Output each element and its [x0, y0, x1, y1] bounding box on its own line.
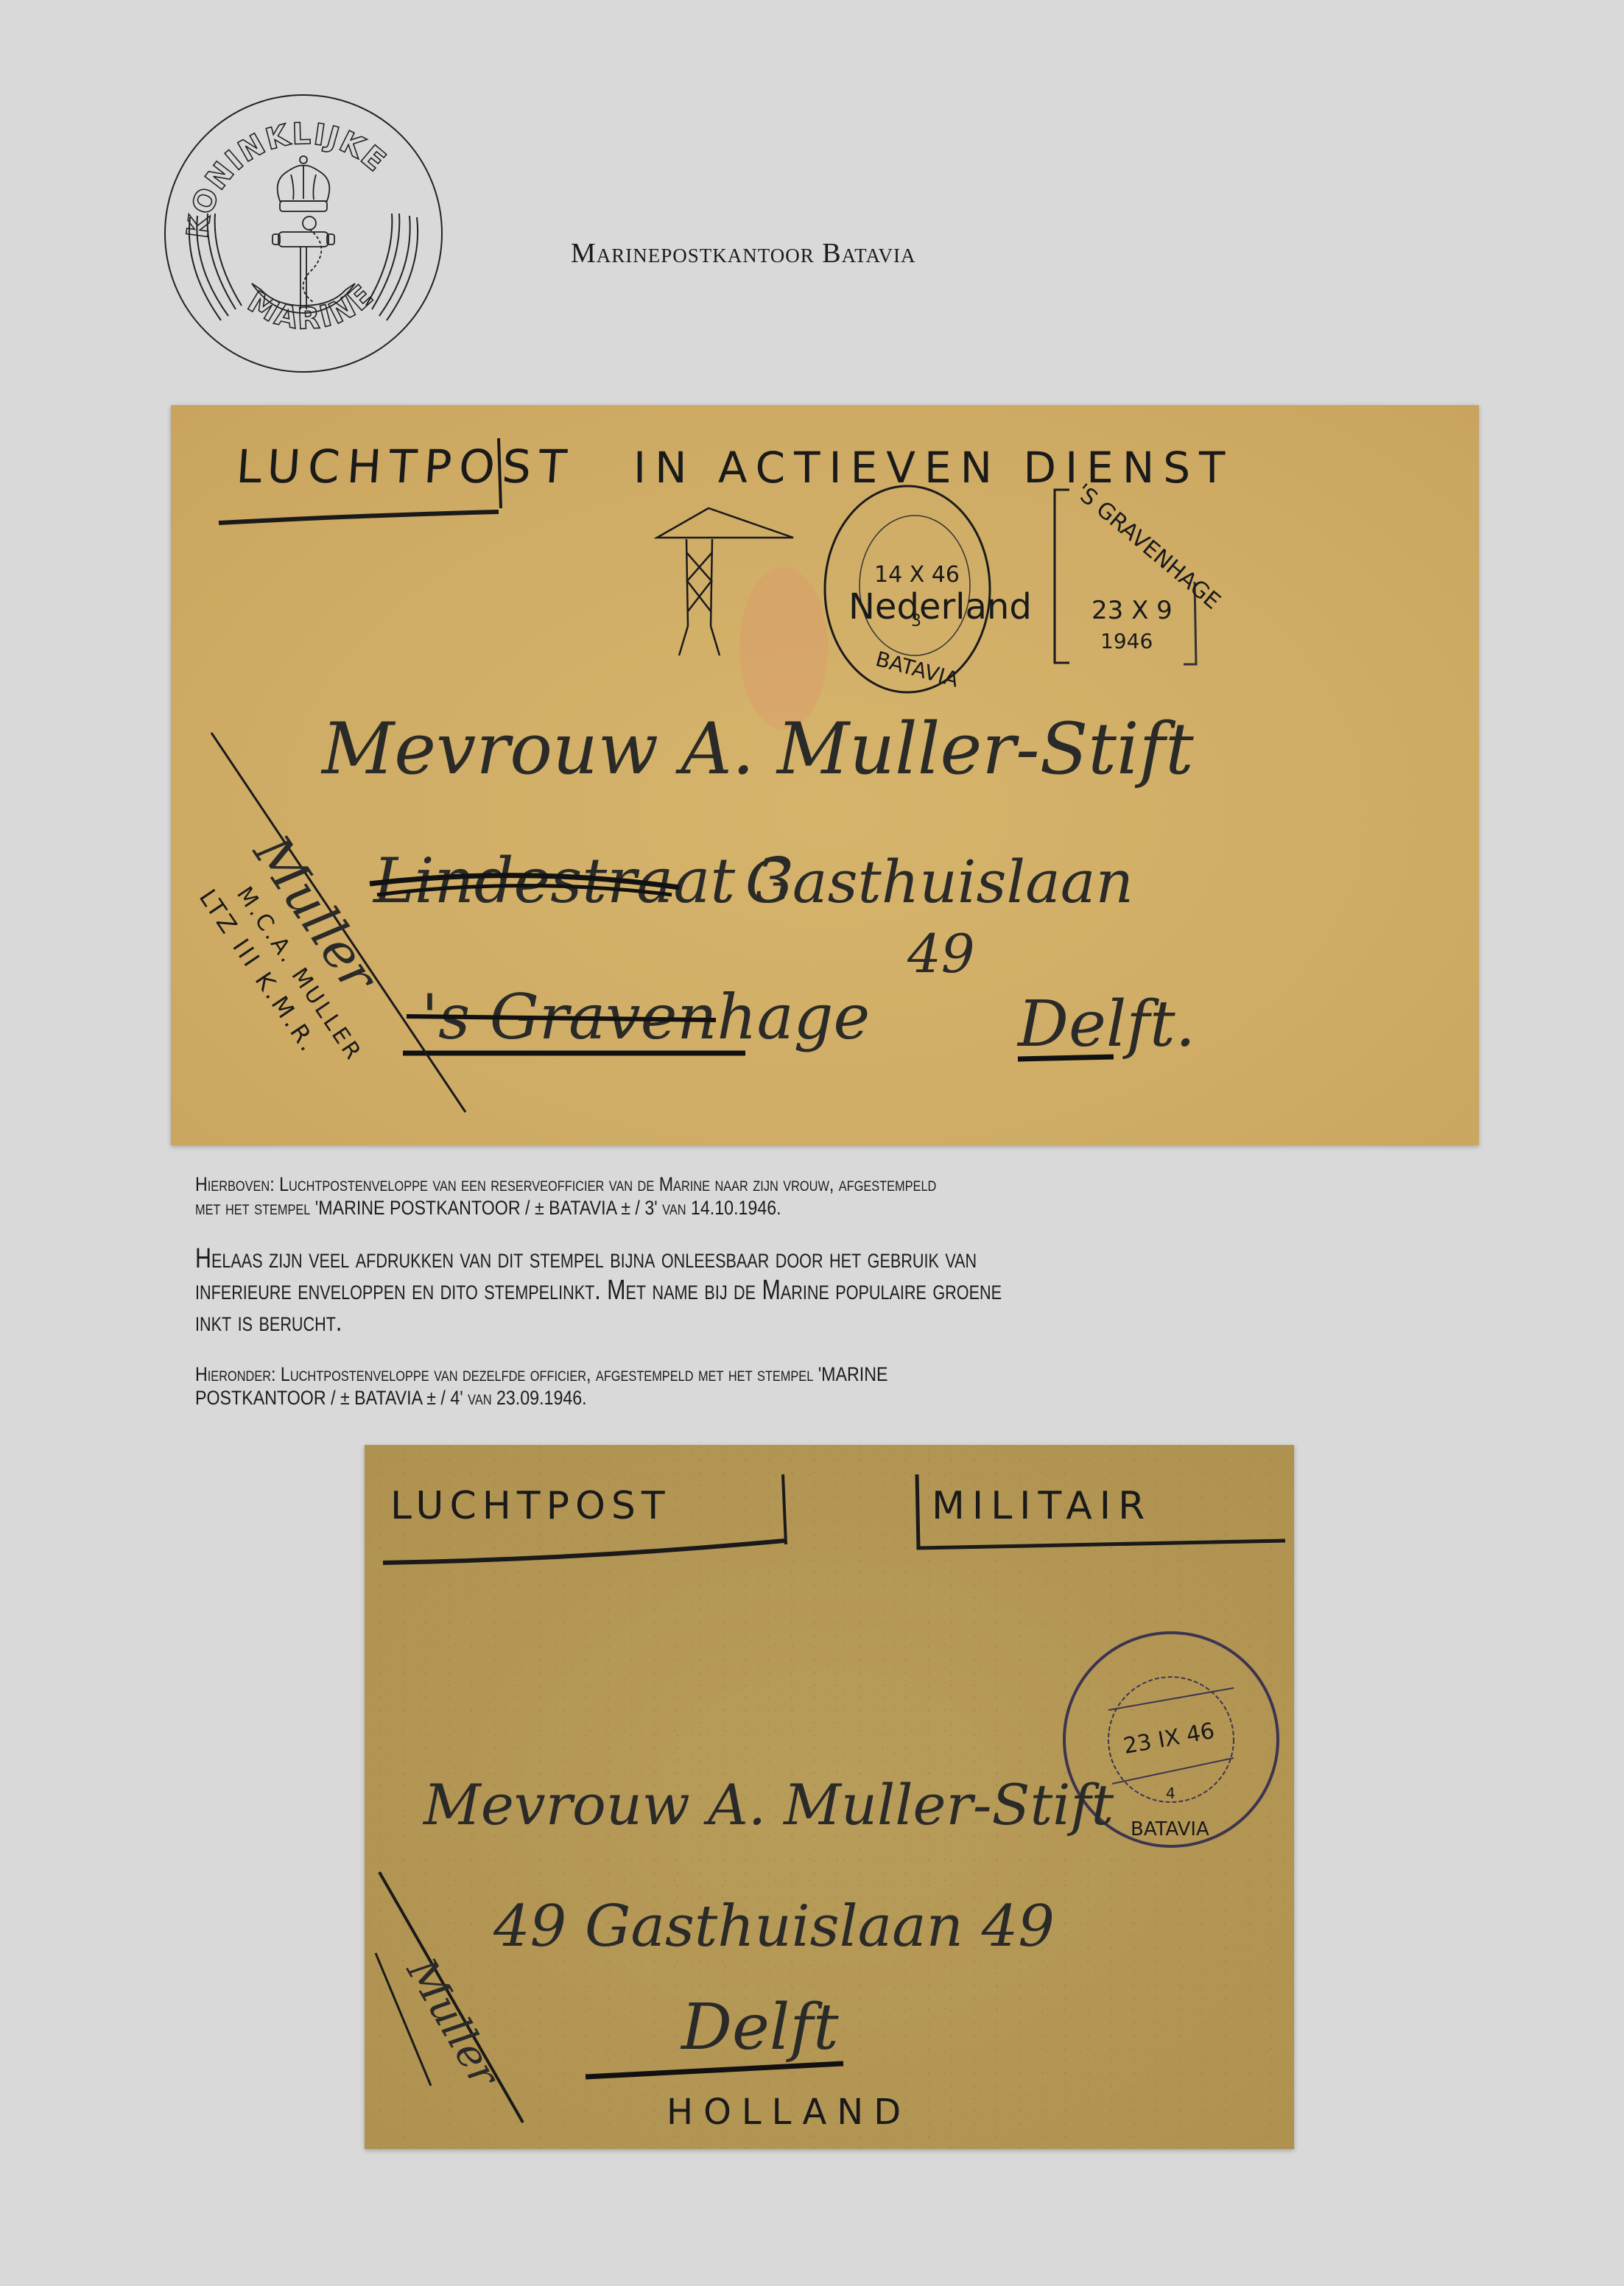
service-label: MILITAIR: [932, 1484, 1152, 1528]
new-city: Delft.: [1016, 988, 1195, 1061]
airmail-label-box: LUCHTPOST: [383, 1474, 786, 1563]
page-title: Marinepostkantoor Batavia: [571, 237, 916, 270]
crown-icon: [278, 156, 330, 211]
cds-date: 23 IX 46: [1122, 1718, 1217, 1759]
street-line: 49 Gasthuislaan 49: [493, 1893, 1055, 1960]
addressee: Mevrouw A. Muller-Stift: [422, 1772, 1114, 1837]
cancel-date: 23 X 9: [1092, 596, 1173, 625]
airmail-label-box: LUCHTPOST: [219, 438, 576, 523]
service-label: IN ACTIEVEN DIENST: [633, 443, 1234, 493]
logo-top-text: KONINKLIJKE: [180, 117, 393, 240]
sgravenhage-machine-cancel: 'S GRAVENHAGE 23 X 9 1946: [1055, 479, 1226, 664]
addressee: Mevrouw A. Muller-Stift: [320, 708, 1194, 790]
sender-signature: Muller: [397, 1949, 510, 2097]
struck-street: Lindestraat 3: [370, 845, 794, 917]
svg-text:KONINKLIJKE: KONINKLIJKE: [180, 117, 393, 240]
envelope-2: LUCHTPOST MILITAIR 23 IX 46 4 BATAVIA Me…: [365, 1445, 1294, 2149]
new-street: Gasthuislaan: [745, 848, 1133, 916]
struck-city: 's Gravenhage: [403, 981, 870, 1053]
cancel-city: 'S GRAVENHAGE: [1070, 479, 1225, 614]
cds-bottom-text: BATAVIA: [873, 647, 961, 692]
caption-below: Hieronder: Luchtpostenveloppe van dezelf…: [195, 1362, 887, 1410]
country: HOLLAND: [667, 2092, 911, 2133]
svg-text:Lindestraat 3: Lindestraat 3: [372, 845, 794, 917]
slogan-nederland: Nederland: [848, 586, 1032, 627]
city: Delft: [680, 1991, 839, 2064]
military-label-box: MILITAIR: [917, 1474, 1285, 1548]
logo-bottom-text: MARINE: [242, 278, 381, 337]
cds-date: 14 X 46: [874, 562, 960, 588]
cds-bottom-text: BATAVIA: [1131, 1818, 1209, 1840]
airmail-label: LUCHTPOST: [235, 440, 576, 493]
koninklijke-marine-logo: KONINKLIJKE MARINE: [162, 92, 446, 376]
envelope-1: LUCHTPOST IN ACTIEVEN DIENST 14 X 46 3 B…: [171, 405, 1479, 1145]
new-number: 49: [907, 923, 975, 985]
cds-number: 4: [1166, 1784, 1175, 1802]
airmail-label: LUCHTPOST: [390, 1484, 671, 1528]
description-paragraph: Helaas zijn veel afdrukken van dit stemp…: [195, 1243, 1002, 1338]
caption-above: Hierboven: Luchtpostenveloppe van een re…: [195, 1172, 936, 1220]
cancel-year: 1946: [1100, 629, 1153, 653]
svg-text:MARINE: MARINE: [242, 278, 381, 337]
